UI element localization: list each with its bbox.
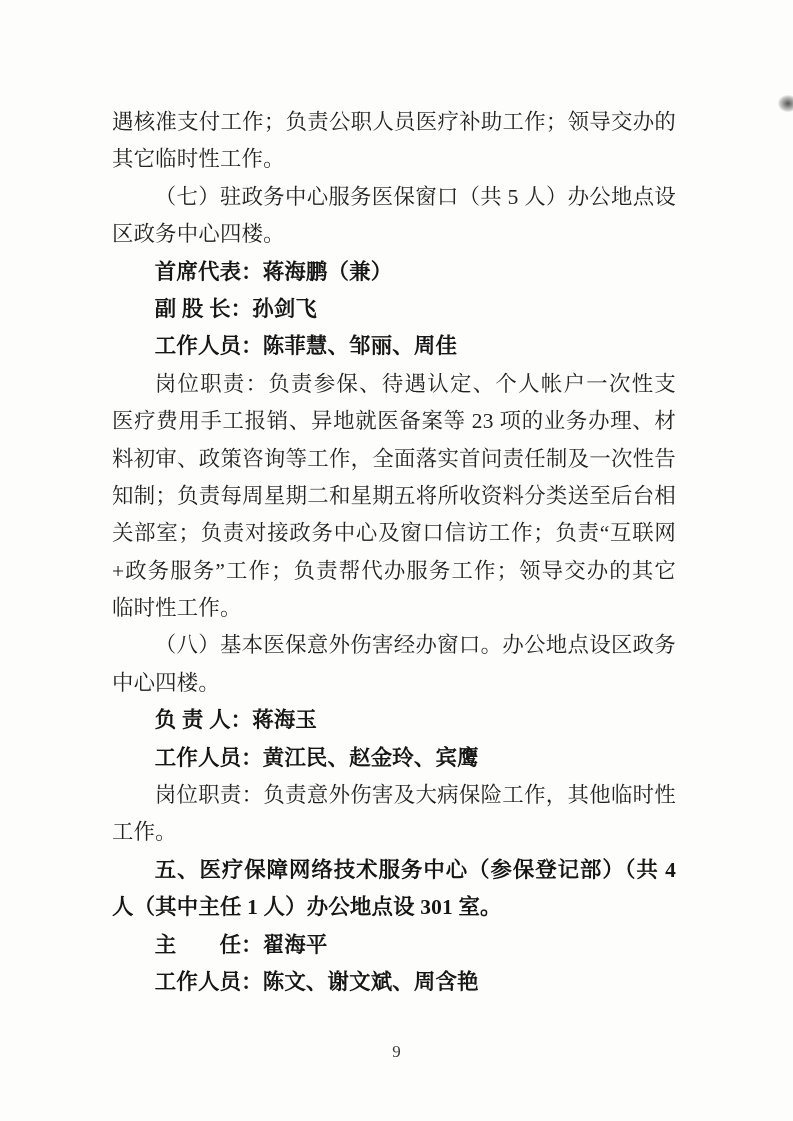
text-line: 临时性工作。 [112,590,676,627]
text-line: 工作人员：陈文、谢文斌、周含艳 [112,964,676,1001]
text-line: +政务服务”工作；负责帮代办服务工作；领导交办的其它 [112,553,676,590]
text-line: 医疗费用手工报销、异地就医备案等 23 项的业务办理、材 [112,403,676,440]
document-body: 遇核准支付工作；负责公职人员医疗补助工作；领导交办的其它临时性工作。（七）驻政务… [112,104,676,1001]
text-line: 岗位职责：负责参保、待遇认定、个人帐户一次性支取、 [112,366,676,403]
text-line: 主 任：翟海平 [112,927,676,964]
text-line: 副 股 长：孙剑飞 [112,291,676,328]
text-line: 工作。 [112,814,676,851]
text-line: 关部室；负责对接政务中心及窗口信访工作；负责“互联网 [112,515,676,552]
scan-smudge-artifact [778,95,793,112]
text-line: 人（其中主任 1 人）办公地点设 301 室。 [112,889,676,926]
text-line: 知制；负责每周星期二和星期五将所收资料分类送至后台相 [112,478,676,515]
text-line: 岗位职责：负责意外伤害及大病保险工作，其他临时性 [112,777,676,814]
text-line: （八）基本医保意外伤害经办窗口。办公地点设区政务 [112,627,676,664]
text-line: （七）驻政务中心服务医保窗口（共 5 人）办公地点设 [112,179,676,216]
text-line: 五、医疗保障网络技术服务中心（参保登记部）（共 4 [112,852,676,889]
text-line: 负 责 人：蒋海玉 [112,702,676,739]
page-number: 9 [0,1042,793,1062]
text-line: 料初审、政策咨询等工作，全面落实首问责任制及一次性告 [112,441,676,478]
text-line: 区政务中心四楼。 [112,216,676,253]
text-line: 遇核准支付工作；负责公职人员医疗补助工作；领导交办的 [112,104,676,141]
text-line: 工作人员：黄江民、赵金玲、宾鹰 [112,740,676,777]
text-line: 其它临时性工作。 [112,141,676,178]
document-page: 遇核准支付工作；负责公职人员医疗补助工作；领导交办的其它临时性工作。（七）驻政务… [0,0,793,1121]
text-line: 中心四楼。 [112,665,676,702]
text-line: 首席代表：蒋海鹏（兼） [112,254,676,291]
text-line: 工作人员：陈菲慧、邹丽、周佳 [112,328,676,365]
